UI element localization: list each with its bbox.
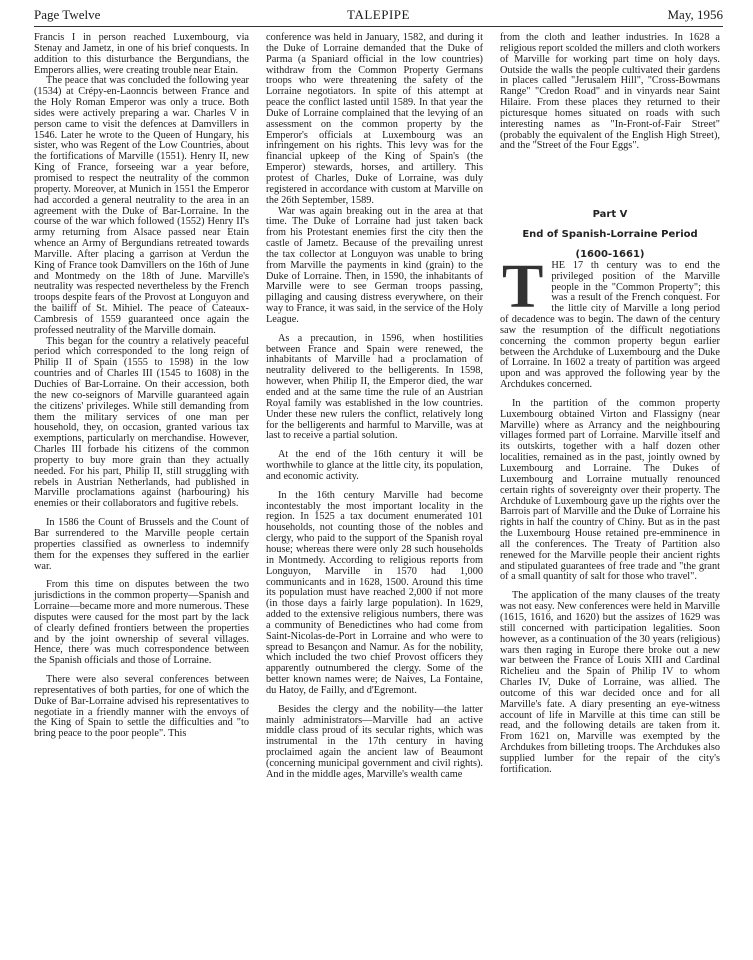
article-column-3: from the cloth and leather industries. I… [500,33,720,776]
paragraph: This began for the country a relatively … [34,337,249,511]
magazine-page: Page Twelve TALEPIPE May, 1956 Francis I… [0,0,753,960]
section-title: End of Spanish-Lorraine Period [500,230,720,241]
paragraph: War was again breaking out in the area a… [266,207,483,326]
paragraph: At the end of the 16th century it will b… [266,450,483,483]
paragraph: In the partition of the common property … [500,399,720,583]
paragraph: From this time on disputes between the t… [34,580,249,667]
paragraph: Besides the clergy and the nobility—the … [266,705,483,781]
page-header: Page Twelve TALEPIPE May, 1956 [34,4,723,27]
dropcap-letter: T [500,262,545,310]
paragraph: The application of the many clauses of t… [500,591,720,775]
paragraph: The peace that was concluded the followi… [34,76,249,336]
article-column-2: conference was held in January, 1582, an… [266,33,483,781]
paragraph: from the cloth and leather industries. I… [500,33,720,152]
article-column-1: Francis I in person reached Luxembourg, … [34,33,249,740]
paragraph: As a precaution, in 1596, when hostiliti… [266,334,483,442]
paragraph: conference was held in January, 1582, an… [266,33,483,207]
section-part-label: Part V [500,210,720,221]
paragraph: In the 16th century Marville had become … [266,491,483,697]
paragraph: There were also several conferences betw… [34,675,249,740]
publication-title: TALEPIPE [34,7,723,23]
dropcap-paragraph: THE 17 th century was to end the privile… [500,261,720,391]
paragraph: In 1586 the Count of Brussels and the Co… [34,518,249,572]
paragraph: Francis I in person reached Luxembourg, … [34,33,249,76]
issue-date: May, 1956 [668,7,724,23]
